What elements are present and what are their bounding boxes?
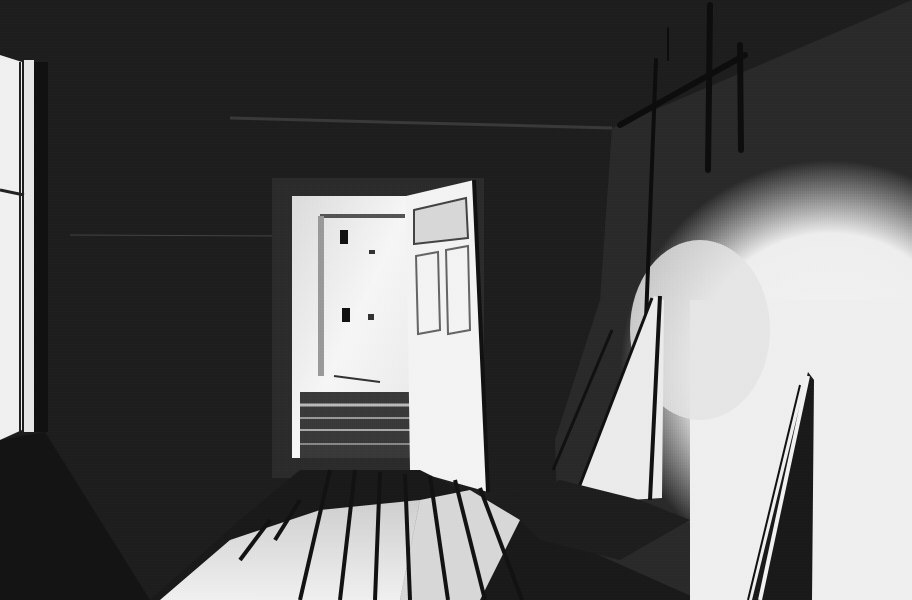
room-scene [0, 0, 912, 600]
open-door [406, 180, 488, 492]
photograph [0, 0, 912, 600]
window [0, 55, 48, 440]
